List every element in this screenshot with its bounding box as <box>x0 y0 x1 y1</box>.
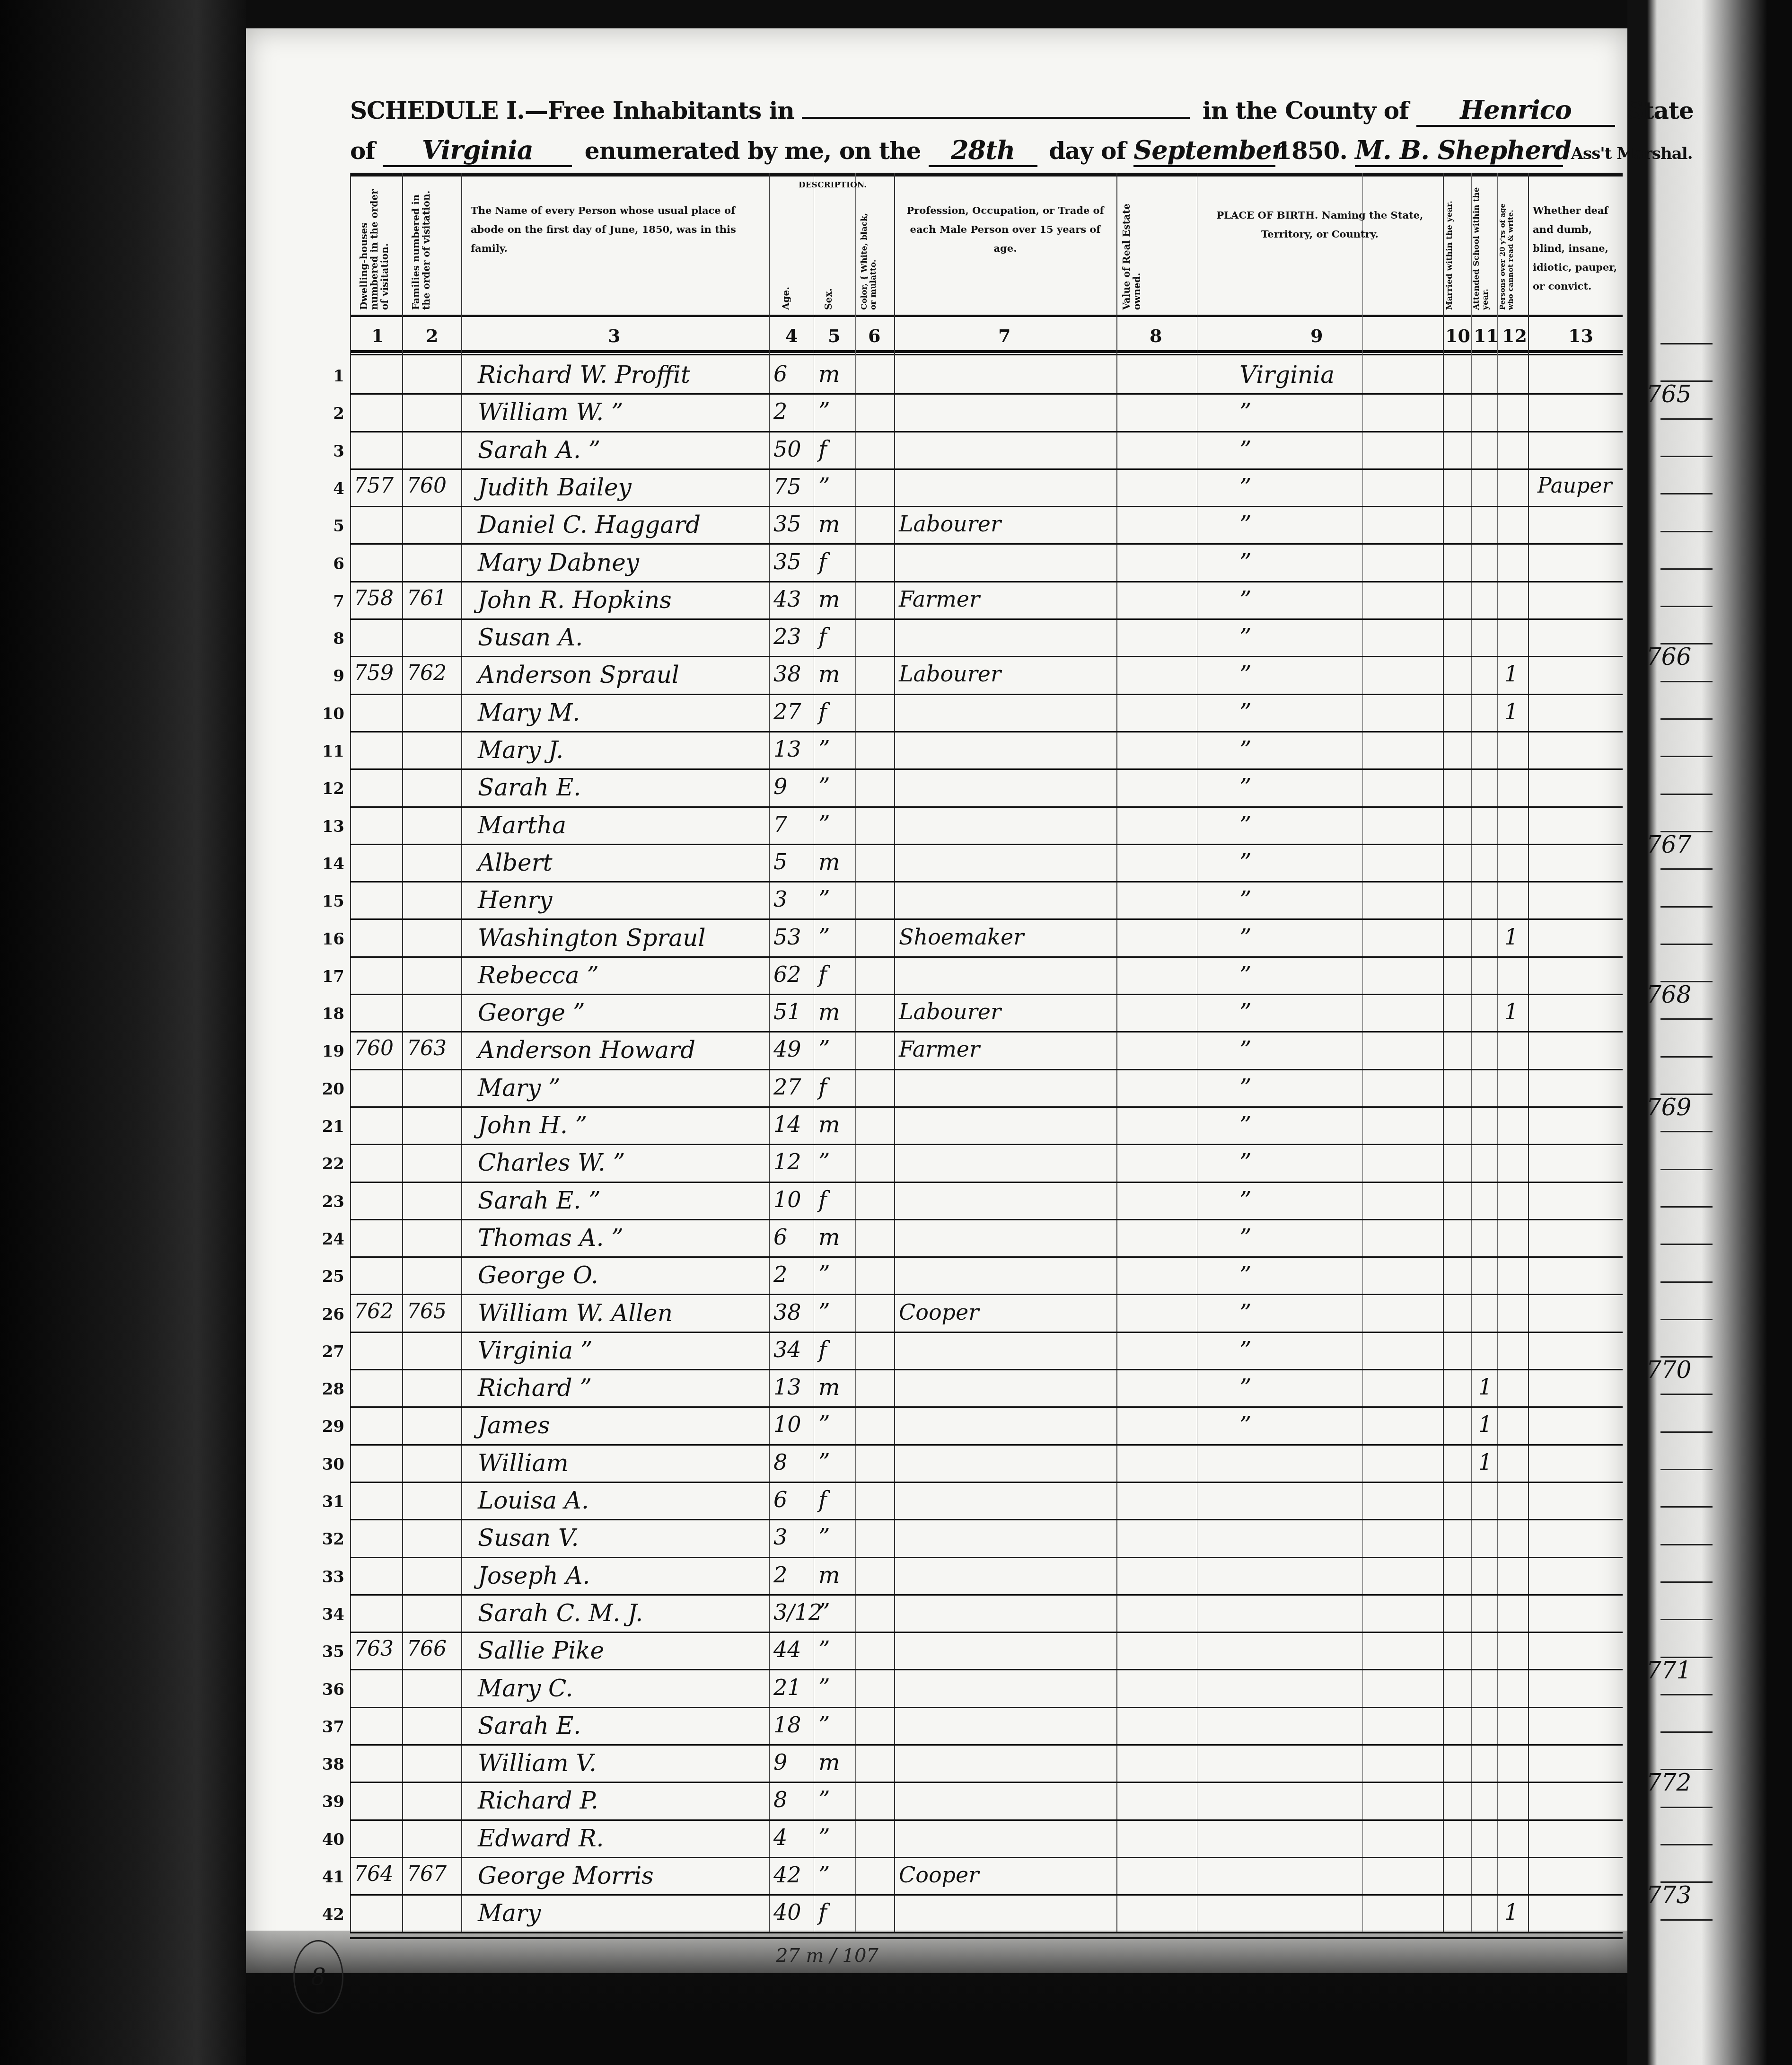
birthplace-value: Virginia <box>1239 361 1335 388</box>
sex-value: f <box>818 549 852 575</box>
adjacent-page-number: 767 <box>1646 831 1691 858</box>
colnum: 8 <box>1150 325 1162 346</box>
line-number: 6 <box>321 555 344 574</box>
colnum: 9 <box>1310 325 1323 346</box>
adjacent-page-number: 768 <box>1646 981 1691 1008</box>
age-value: 38 <box>773 661 811 687</box>
adjacent-row-rule <box>1660 1844 1713 1845</box>
person-name: Washington Spraul <box>478 924 705 952</box>
table-row: 18George ”51mLabourer”1 <box>350 995 1623 1032</box>
adjacent-page-number: 771 <box>1646 1657 1691 1684</box>
birthplace-value: ” <box>1239 999 1252 1026</box>
line-number: 21 <box>321 1117 344 1136</box>
person-name: Anderson Howard <box>478 1036 695 1064</box>
sex-value: ” <box>818 1449 852 1476</box>
age-value: 23 <box>773 624 811 649</box>
school-mark: 1 <box>1478 1374 1492 1400</box>
person-name: Mary J. <box>478 736 563 764</box>
line-number: 36 <box>321 1680 344 1699</box>
sex-value: m <box>818 661 852 688</box>
family-number: 767 <box>407 1862 459 1886</box>
dwelling-number: 763 <box>354 1637 399 1661</box>
person-name: Louisa A. <box>478 1487 589 1514</box>
header-birthplace: PLACE OF BIRTH. Naming the State, Territ… <box>1202 206 1438 244</box>
colnum: 3 <box>608 325 620 346</box>
birthplace-value: ” <box>1239 812 1252 839</box>
person-name: Sarah E. <box>478 1712 581 1739</box>
table-row: 33Joseph A.2m <box>350 1558 1623 1596</box>
table-row: 38William V.9m <box>350 1746 1623 1783</box>
table-row: 26762765William W. Allen38”Cooper” <box>350 1296 1623 1333</box>
sex-value: ” <box>818 736 852 763</box>
occupation-value: Labourer <box>899 511 1001 537</box>
header-school: Attended School within the year. <box>1472 187 1496 310</box>
birthplace-value: ” <box>1239 736 1252 764</box>
table-row: 10Mary M.27f”1 <box>350 695 1623 732</box>
adjacent-row-rule <box>1660 343 1713 344</box>
person-name: George O. <box>478 1262 598 1289</box>
sex-value: f <box>818 1487 852 1513</box>
age-value: 7 <box>773 812 811 837</box>
age-value: 8 <box>773 1787 811 1812</box>
sex-value: m <box>818 1749 852 1776</box>
adjacent-row-rule <box>1660 1694 1713 1695</box>
of-label: of <box>350 137 375 165</box>
occupation-value: Labourer <box>899 661 1001 687</box>
line-number: 41 <box>321 1868 344 1887</box>
family-number: 763 <box>407 1036 459 1060</box>
adjacent-row-rule <box>1660 1431 1713 1433</box>
age-value: 10 <box>773 1187 811 1212</box>
person-name: Sarah E. ” <box>478 1187 601 1214</box>
age-value: 5 <box>773 849 811 874</box>
adjacent-row-rule <box>1660 1619 1713 1620</box>
adjacent-row-rule <box>1660 1131 1713 1132</box>
sex-value: f <box>818 1187 852 1213</box>
person-name: Virginia ” <box>478 1337 593 1364</box>
sex-value: ” <box>818 1262 852 1288</box>
age-value: 2 <box>773 1562 811 1588</box>
adjacent-row-rule <box>1660 1919 1713 1921</box>
birthplace-value: ” <box>1239 1112 1252 1139</box>
adjacent-page-number: 770 <box>1646 1356 1691 1384</box>
line-number: 35 <box>321 1642 344 1661</box>
sex-value: f <box>818 962 852 988</box>
age-value: 13 <box>773 736 811 762</box>
sex-value: f <box>818 436 852 463</box>
header-sex: Sex. <box>823 239 842 310</box>
table-row: 22Charles W. ”12”” <box>350 1145 1623 1183</box>
line-number: 12 <box>321 779 344 798</box>
colnum: 12 <box>1502 325 1527 346</box>
age-value: 62 <box>773 962 811 987</box>
adjacent-row-rule <box>1660 1544 1713 1545</box>
colnum: 6 <box>868 325 880 346</box>
colnum: 1 <box>371 325 384 346</box>
table-row: 14Albert5m” <box>350 845 1623 882</box>
sex-value: ” <box>818 774 852 800</box>
age-value: 3 <box>773 886 811 912</box>
age-value: 51 <box>773 999 811 1024</box>
dwelling-number: 757 <box>354 474 399 498</box>
table-row: 39Richard P.8” <box>350 1783 1623 1820</box>
age-value: 10 <box>773 1412 811 1437</box>
birthplace-value: ” <box>1239 1337 1252 1364</box>
age-value: 50 <box>773 436 811 462</box>
sex-value: m <box>818 511 852 538</box>
birthplace-value: ” <box>1239 549 1252 576</box>
person-name: Albert <box>478 849 553 876</box>
adjacent-row-rule <box>1660 1506 1713 1508</box>
sex-value: ” <box>818 1036 852 1063</box>
table-row: 36Mary C.21” <box>350 1671 1623 1708</box>
birthplace-value: ” <box>1239 924 1252 952</box>
age-value: 21 <box>773 1675 811 1700</box>
colnum: 5 <box>828 325 840 346</box>
person-name: Richard P. <box>478 1787 598 1814</box>
day-field: 28th <box>929 135 1037 167</box>
header-family: Families numbered in the order of visita… <box>411 182 453 310</box>
header-condition: Whether deaf and dumb, blind, insane, id… <box>1533 201 1620 295</box>
age-value: 34 <box>773 1337 811 1362</box>
state-field: Virginia <box>383 135 572 167</box>
table-row: 20Mary ”27f” <box>350 1070 1623 1108</box>
birthplace-value: ” <box>1239 1074 1252 1102</box>
birthplace-value: ” <box>1239 436 1252 464</box>
birthplace-value: ” <box>1239 586 1252 614</box>
birthplace-value: ” <box>1239 511 1252 538</box>
age-value: 43 <box>773 586 811 612</box>
age-value: 27 <box>773 1074 811 1100</box>
sex-value: ” <box>818 1149 852 1175</box>
table-row: 25George O.2”” <box>350 1258 1623 1295</box>
age-value: 18 <box>773 1712 811 1738</box>
person-name: Mary <box>478 1899 541 1927</box>
line-number: 5 <box>321 517 344 536</box>
table-row: 31Louisa A.6f <box>350 1483 1623 1520</box>
occupation-value: Shoemaker <box>899 924 1024 950</box>
marshal-label: Ass't Marshal. <box>1571 144 1693 163</box>
adjacent-row-rule <box>1660 418 1713 420</box>
adjacent-row-rule <box>1660 1169 1713 1170</box>
school-mark: 1 <box>1478 1449 1492 1475</box>
enumerated-label: enumerated by me, on the <box>585 137 921 165</box>
table-row: 27Virginia ”34f” <box>350 1333 1623 1370</box>
birthplace-value: ” <box>1239 1224 1252 1252</box>
age-value: 2 <box>773 1262 811 1287</box>
colnum-double-rule <box>350 354 1623 355</box>
adjacent-row-rule <box>1660 794 1713 795</box>
line-number: 10 <box>321 705 344 724</box>
adjacent-row-rule <box>1660 493 1713 494</box>
adjacent-row-rule <box>1660 944 1713 945</box>
adjacent-row-rule <box>1660 1206 1713 1208</box>
line-number: 42 <box>321 1905 344 1924</box>
dwelling-number: 764 <box>354 1862 399 1886</box>
birthplace-value: ” <box>1239 1187 1252 1214</box>
age-value: 14 <box>773 1112 811 1137</box>
sex-value: ” <box>818 1712 852 1738</box>
age-value: 8 <box>773 1449 811 1475</box>
table-top-rule <box>350 173 1623 176</box>
header-real-estate: Value of Real Estate owned. <box>1121 201 1150 310</box>
table-row: 1Richard W. Proffit6mVirginia <box>350 357 1623 395</box>
sex-value: m <box>818 586 852 613</box>
dwelling-number: 759 <box>354 661 399 685</box>
adjacent-page-number: 769 <box>1646 1094 1691 1121</box>
line-number: 14 <box>321 855 344 874</box>
adjacent-page-number: 765 <box>1646 380 1691 408</box>
adjacent-row-rule <box>1660 1319 1713 1320</box>
sex-value: ” <box>818 1825 852 1851</box>
sex-value: ” <box>818 812 852 838</box>
line-number: 2 <box>321 404 344 423</box>
occupation-value: Farmer <box>899 586 980 612</box>
adjacent-row-rule <box>1660 1244 1713 1245</box>
colnum: 10 <box>1445 325 1470 346</box>
table-row: 6Mary Dabney35f” <box>350 545 1623 582</box>
header-occupation: Profession, Occupation, or Trade of each… <box>901 201 1109 258</box>
age-value: 49 <box>773 1036 811 1062</box>
illiterate-mark: 1 <box>1504 661 1518 687</box>
table-row: 13Martha7”” <box>350 808 1623 845</box>
sex-value: ” <box>818 1524 852 1551</box>
table-row: 32Susan V.3” <box>350 1520 1623 1558</box>
line-number: 19 <box>321 1042 344 1061</box>
year-label: 1850. <box>1275 137 1347 165</box>
adjacent-page-number: 766 <box>1646 643 1691 671</box>
person-name: Rebecca ” <box>478 962 599 989</box>
sex-value: m <box>818 849 852 875</box>
sex-value: ” <box>818 886 852 913</box>
sex-value: m <box>818 1374 852 1401</box>
adjacent-row-rule <box>1660 1807 1713 1808</box>
person-name: Edward R. <box>478 1825 604 1852</box>
adjacent-row-rule <box>1660 531 1713 532</box>
person-name: Charles W. ” <box>478 1149 625 1176</box>
age-value: 9 <box>773 1749 811 1775</box>
age-value: 4 <box>773 1825 811 1850</box>
table-row: 23Sarah E. ”10f” <box>350 1183 1623 1220</box>
sex-value: ” <box>818 924 852 951</box>
sex-value: f <box>818 624 852 650</box>
birthplace-value: ” <box>1239 1262 1252 1289</box>
adjacent-page-number: 773 <box>1646 1881 1691 1909</box>
schedule-title: SCHEDULE I.—Free Inhabitants in <box>350 97 794 124</box>
family-number: 761 <box>407 586 459 610</box>
line-number: 39 <box>321 1792 344 1811</box>
line-number: 18 <box>321 1005 344 1024</box>
line-number: 3 <box>321 442 344 461</box>
illiterate-mark: 1 <box>1504 924 1518 950</box>
person-name: Martha <box>478 812 566 839</box>
person-name: Susan V. <box>478 1524 579 1552</box>
table-row: 3Sarah A. ”50f” <box>350 432 1623 470</box>
adjacent-row-rule <box>1660 681 1713 682</box>
age-value: 35 <box>773 511 811 537</box>
person-name: Sarah C. M. J. <box>478 1599 643 1627</box>
line-number: 9 <box>321 667 344 686</box>
age-value: 13 <box>773 1374 811 1400</box>
birthplace-value: ” <box>1239 661 1252 688</box>
month-field: September <box>1133 135 1275 167</box>
occupation-value: Farmer <box>899 1036 980 1062</box>
birthplace-value: ” <box>1239 1412 1252 1439</box>
table-row: 40Edward R.4” <box>350 1821 1623 1858</box>
age-value: 6 <box>773 1487 811 1512</box>
line-number: 16 <box>321 930 344 949</box>
dwelling-number: 760 <box>354 1036 399 1060</box>
sex-value: f <box>818 699 852 725</box>
person-name: Susan A. <box>478 624 583 651</box>
condition-value: Pauper <box>1537 474 1612 498</box>
adjacent-row-rule <box>1660 756 1713 757</box>
sex-value: ” <box>818 1675 852 1701</box>
line-number: 1 <box>321 367 344 386</box>
age-value: 53 <box>773 924 811 950</box>
table-row: 41764767George Morris42”Cooper <box>350 1858 1623 1896</box>
table-row: 12Sarah E.9”” <box>350 770 1623 807</box>
sex-value: f <box>818 1899 852 1926</box>
person-name: Mary Dabney <box>478 549 639 576</box>
table-row: 16Washington Spraul53”Shoemaker”1 <box>350 920 1623 958</box>
age-value: 35 <box>773 549 811 574</box>
bottom-tally-note: 27 m / 107 <box>776 1945 878 1967</box>
adjacent-row-rule <box>1660 868 1713 870</box>
birthplace-value: ” <box>1239 398 1252 426</box>
line-number: 25 <box>321 1267 344 1286</box>
person-name: Richard W. Proffit <box>478 361 690 388</box>
header-bottom-rule <box>350 315 1623 317</box>
person-name: Daniel C. Haggard <box>478 511 701 538</box>
day-of-label: day of <box>1049 137 1126 165</box>
line-number: 34 <box>321 1605 344 1624</box>
person-name: John R. Hopkins <box>478 586 672 614</box>
birthplace-value: ” <box>1239 624 1252 651</box>
circled-page-mark: 8 <box>293 1940 343 2014</box>
line-number: 33 <box>321 1568 344 1587</box>
adjacent-row-rule <box>1660 1018 1713 1020</box>
line-number: 4 <box>321 479 344 498</box>
person-name: Thomas A. ” <box>478 1224 624 1252</box>
scan-left-margin <box>0 0 246 2065</box>
birthplace-value: ” <box>1239 474 1252 501</box>
line-number: 31 <box>321 1492 344 1511</box>
family-number: 765 <box>407 1299 459 1324</box>
family-number: 766 <box>407 1637 459 1661</box>
adjacent-row-rule <box>1660 606 1713 607</box>
colnum: 11 <box>1474 325 1499 346</box>
sex-value: m <box>818 361 852 388</box>
adjacent-row-rule <box>1660 1731 1713 1733</box>
sex-value: f <box>818 1074 852 1101</box>
line-number: 32 <box>321 1530 344 1549</box>
row-rule <box>350 1932 1623 1933</box>
person-name: William <box>478 1449 569 1477</box>
table-row: 37Sarah E.18” <box>350 1708 1623 1746</box>
age-value: 40 <box>773 1899 811 1925</box>
school-mark: 1 <box>1478 1412 1492 1437</box>
census-table: Dwelling-houses numbered in the order of… <box>350 173 1623 1933</box>
header-name: The Name of every Person whose usual pla… <box>471 201 759 258</box>
table-row: 35763766Sallie Pike44” <box>350 1633 1623 1670</box>
illiterate-mark: 1 <box>1504 999 1518 1024</box>
age-value: 6 <box>773 1224 811 1250</box>
age-value: 44 <box>773 1637 811 1662</box>
occupation-value: Cooper <box>899 1862 979 1888</box>
adjacent-row-rule <box>1660 1469 1713 1470</box>
person-name: George ” <box>478 999 585 1026</box>
age-value: 3/12 <box>773 1599 811 1625</box>
adjacent-row-rule <box>1660 568 1713 570</box>
schedule-title-line: SCHEDULE I.—Free Inhabitants in in the C… <box>350 95 1694 127</box>
state-label: State <box>1626 97 1694 124</box>
age-value: 6 <box>773 361 811 387</box>
person-name: Richard ” <box>478 1374 592 1402</box>
birthplace-value: ” <box>1239 1149 1252 1176</box>
marshal-signature: M. B. Shepherd <box>1355 135 1563 167</box>
table-bottom-rule <box>350 1937 1623 1939</box>
table-row: 24Thomas A. ”6m” <box>350 1220 1623 1258</box>
person-name: Joseph A. <box>478 1562 590 1589</box>
table-row: 28Richard ”13m”1 <box>350 1370 1623 1408</box>
birthplace-value: ” <box>1239 699 1252 726</box>
line-number: 37 <box>321 1718 344 1737</box>
line-number: 15 <box>321 892 344 911</box>
birthplace-value: ” <box>1239 886 1252 914</box>
header-illiterate: Persons over 20 y'rs of age who cannot r… <box>1499 187 1526 310</box>
header-description-group: DESCRIPTION. <box>771 177 894 193</box>
adjacent-row-rule <box>1660 1394 1713 1395</box>
adjacent-row-rule <box>1660 1281 1713 1283</box>
person-name: Henry <box>478 886 553 914</box>
line-number: 28 <box>321 1380 344 1399</box>
occupation-value: Cooper <box>899 1299 979 1325</box>
header-dwelling: Dwelling-houses numbered in the order of… <box>359 182 396 310</box>
colnum: 4 <box>785 325 798 346</box>
person-name: Judith Bailey <box>478 474 632 501</box>
line-number: 8 <box>321 629 344 648</box>
sex-value: ” <box>818 398 852 425</box>
person-name: Sallie Pike <box>478 1637 604 1664</box>
line-number: 40 <box>321 1830 344 1849</box>
colnum-bottom-rule <box>350 350 1623 353</box>
header-age: Age. <box>781 239 799 310</box>
family-number: 762 <box>407 661 459 685</box>
person-name: Anderson Spraul <box>478 661 679 688</box>
sex-value: ” <box>818 1787 852 1813</box>
line-number: 17 <box>321 967 344 986</box>
person-name: George Morris <box>478 1862 654 1889</box>
line-number: 26 <box>321 1305 344 1324</box>
age-value: 75 <box>773 474 811 499</box>
place-field <box>802 117 1190 119</box>
person-name: Mary C. <box>478 1675 573 1702</box>
age-value: 42 <box>773 1862 811 1888</box>
sex-value: ” <box>818 1412 852 1438</box>
table-row: 11Mary J.13”” <box>350 732 1623 770</box>
sex-value: m <box>818 1112 852 1138</box>
age-value: 9 <box>773 774 811 799</box>
line-number: 30 <box>321 1455 344 1474</box>
colnum: 7 <box>998 325 1010 346</box>
table-row: 17Rebecca ”62f” <box>350 958 1623 995</box>
dwelling-number: 762 <box>354 1299 399 1324</box>
person-name: Sarah A. ” <box>478 436 600 464</box>
person-name: James <box>478 1412 550 1439</box>
colnum: 13 <box>1568 325 1593 346</box>
county-field: Henrico <box>1416 95 1615 127</box>
